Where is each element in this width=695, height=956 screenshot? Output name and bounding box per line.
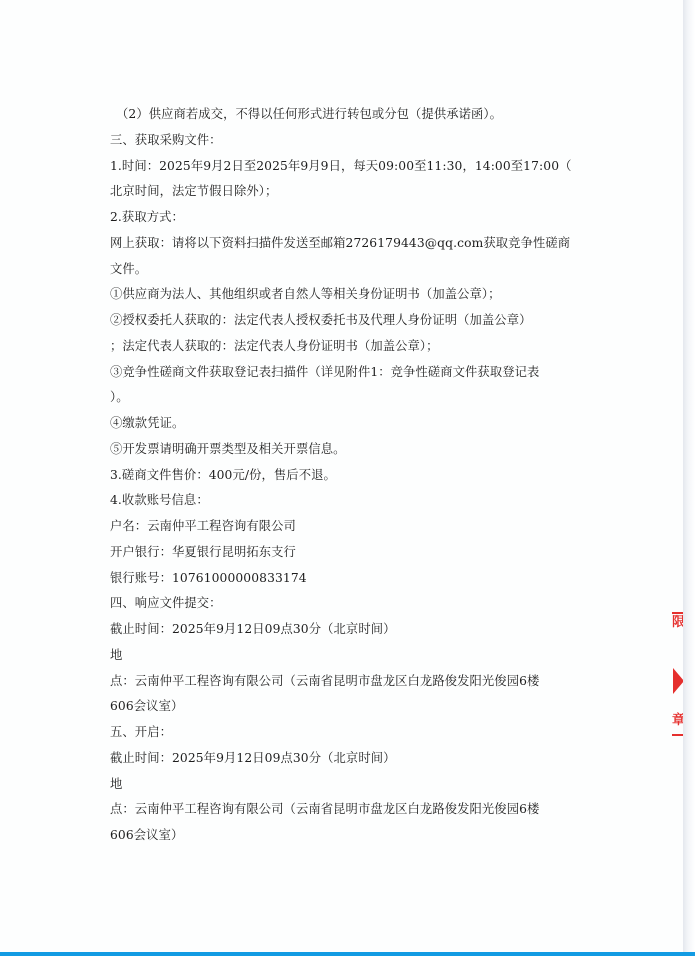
- text-line-item-2: ②授权委托人获取的：法定代表人授权委托书及代理人身份证明（加盖公章）: [110, 308, 580, 334]
- text-line-opening-place: 点：云南仲平工程咨询有限公司（云南省昆明市盘龙区白龙路俊发阳光俊园6楼: [110, 797, 580, 823]
- text-line-account-name: 户名：云南仲平工程咨询有限公司: [110, 514, 580, 540]
- text-line-submission-place-label: 地: [110, 643, 580, 669]
- section-heading-obtain-documents: 三、获取采购文件：: [110, 128, 580, 154]
- text-line-bank: 开户银行：华夏银行昆明拓东支行: [110, 540, 580, 566]
- text-line-online-cont: 文件。: [110, 257, 580, 283]
- document-body: （2）供应商若成交，不得以任何形式进行转包或分包（提供承诺函）。 三、获取采购文…: [110, 102, 580, 849]
- text-line-account-number: 银行账号：10761000000833174: [110, 566, 580, 592]
- text-line-time-cont: 北京时间，法定节假日除外）；: [110, 179, 580, 205]
- text-line-online: 网上获取：请将以下资料扫描件发送至邮箱2726179443@qq.com获取竞争…: [110, 231, 580, 257]
- stamp-border-bottom: [672, 734, 683, 736]
- text-line-submission-deadline: 截止时间：2025年9月12日09点30分（北京时间）: [110, 617, 580, 643]
- text-line-opening-place-label: 地: [110, 772, 580, 798]
- text-line-supplier-clause: （2）供应商若成交，不得以任何形式进行转包或分包（提供承诺函）。: [110, 102, 580, 128]
- text-line-price: 3.磋商文件售价：400元/份，售后不退。: [110, 463, 580, 489]
- text-line-item-5: ⑤开发票请明确开票类型及相关开票信息。: [110, 437, 580, 463]
- bottom-accent-bar: [0, 952, 695, 956]
- text-line-item-3-cont: ）。: [110, 385, 580, 411]
- text-line-submission-place: 点：云南仲平工程咨询有限公司（云南省昆明市盘龙区白龙路俊发阳光俊园6楼: [110, 669, 580, 695]
- stamp-border-top: [672, 612, 683, 614]
- text-line-method: 2.获取方式：: [110, 205, 580, 231]
- section-heading-opening: 五、开启：: [110, 720, 580, 746]
- text-line-item-3: ③竞争性磋商文件获取登记表扫描件（详见附件1：竞争性磋商文件获取登记表: [110, 360, 580, 386]
- text-line-opening-place-cont: 606会议室）: [110, 823, 580, 849]
- text-line-account-heading: 4.收款账号信息：: [110, 488, 580, 514]
- text-line-item-1: ①供应商为法人、其他组织或者自然人等相关身份证明书（加盖公章）；: [110, 282, 580, 308]
- text-line-item-4: ④缴款凭证。: [110, 411, 580, 437]
- document-page: （2）供应商若成交，不得以任何形式进行转包或分包（提供承诺函）。 三、获取采购文…: [0, 0, 683, 952]
- text-line-opening-deadline: 截止时间：2025年9月12日09点30分（北京时间）: [110, 746, 580, 772]
- text-line-item-2-cont: ；法定代表人获取的：法定代表人身份证明书（加盖公章）；: [110, 334, 580, 360]
- page-edge-shadow: [683, 0, 695, 952]
- section-heading-submission: 四、响应文件提交：: [110, 591, 580, 617]
- red-seal-stamp-fragment: 限 章: [668, 612, 684, 742]
- text-line-time: 1.时间：2025年9月2日至2025年9月9日，每天09:00至11:30，1…: [110, 154, 580, 180]
- text-line-submission-place-cont: 606会议室）: [110, 694, 580, 720]
